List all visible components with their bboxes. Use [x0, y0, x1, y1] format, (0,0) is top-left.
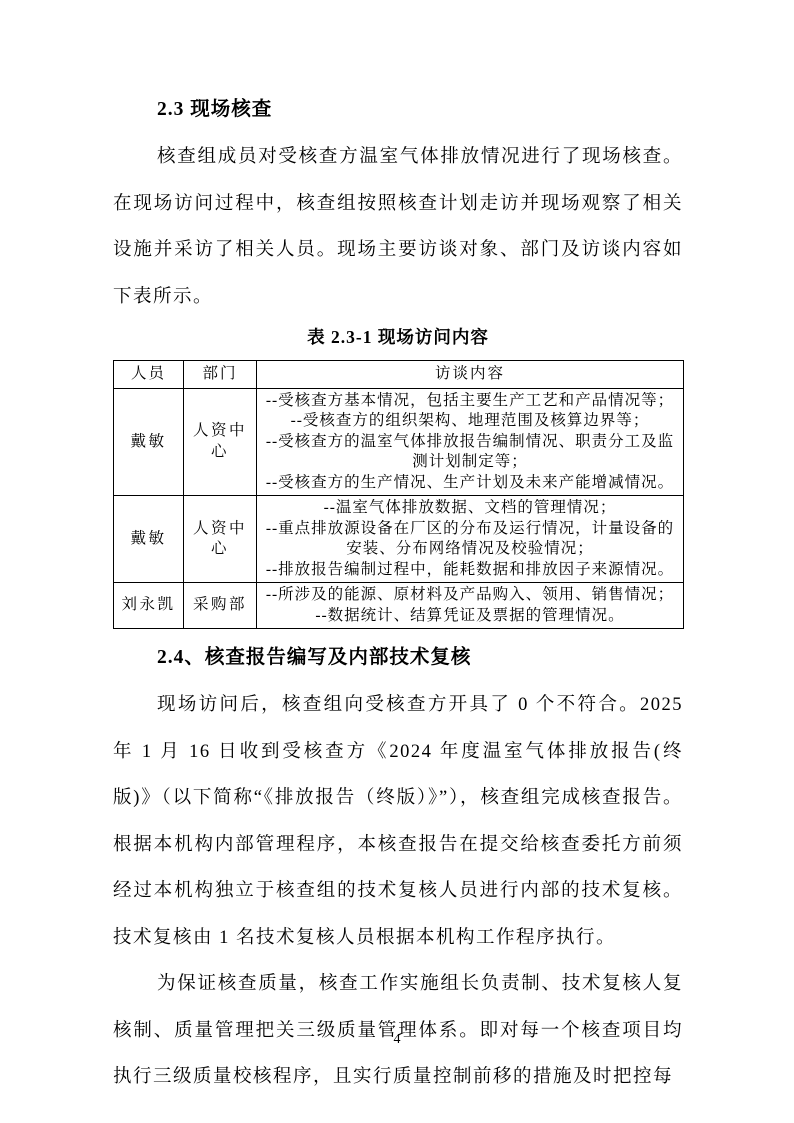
visit-table-body: 戴敏人资中心--受核查方基本情况，包括主要生产工艺和产品情况等；--受核查方的组… [114, 388, 684, 629]
header-department: 部门 [184, 361, 257, 389]
topic-line: --温室气体排放数据、文档的管理情况； [259, 498, 681, 519]
topic-line: --排放报告编制过程中，能耗数据和排放因子来源情况。 [259, 560, 681, 581]
header-person: 人员 [114, 361, 184, 389]
topic-line: --受核查方的组织架构、地理范围及核算边界等； [259, 411, 681, 432]
cell-topics: --所涉及的能源、原材料及产品购入、领用、销售情况；--数据统计、结算凭证及票据… [257, 583, 684, 629]
section-2-4-heading: 2.4、核查报告编写及内部技术复核 [113, 642, 683, 674]
visit-table-title: 表 2.3-1 现场访问内容 [113, 322, 683, 352]
cell-topics: --温室气体排放数据、文档的管理情况；--重点排放源设备在厂区的分布及运行情况，… [257, 496, 684, 583]
visit-table-header-row: 人员 部门 访谈内容 [114, 361, 684, 389]
cell-person: 戴敏 [114, 388, 184, 496]
visit-table-header: 人员 部门 访谈内容 [114, 361, 684, 389]
cell-topics: --受核查方基本情况，包括主要生产工艺和产品情况等；--受核查方的组织架构、地理… [257, 388, 684, 496]
document-page: 2.3 现场核查 核查组成员对受核查方温室气体排放情况进行了现场核查。在现场访问… [0, 0, 794, 1123]
cell-department: 人资中心 [184, 496, 257, 583]
topic-line: --数据统计、结算凭证及票据的管理情况。 [259, 606, 681, 627]
topic-line: --重点排放源设备在厂区的分布及运行情况，计量设备的安装、分布网络情况及校验情况… [259, 519, 681, 560]
table-row: 刘永凯采购部--所涉及的能源、原材料及产品购入、领用、销售情况；--数据统计、结… [114, 583, 684, 629]
topic-line: --受核查方的温室气体排放报告编制情况、职责分工及监测计划制定等； [259, 432, 681, 473]
cell-department: 人资中心 [184, 388, 257, 496]
section-2-4-paragraph-1: 现场访问后，核查组向受核查方开具了 0 个不符合。2025 年 1 月 16 日… [113, 682, 683, 961]
section-2-4-paragraph-2: 为保证核查质量，核查工作实施组长负责制、技术复核人复核制、质量管理把关三级质量管… [113, 961, 683, 1101]
cell-person: 戴敏 [114, 496, 184, 583]
page-number: 4 [0, 1032, 794, 1048]
cell-person: 刘永凯 [114, 583, 184, 629]
section-2-3-heading: 2.3 现场核查 [113, 94, 683, 126]
cell-department: 采购部 [184, 583, 257, 629]
header-content: 访谈内容 [257, 361, 684, 389]
table-row: 戴敏人资中心--温室气体排放数据、文档的管理情况；--重点排放源设备在厂区的分布… [114, 496, 684, 583]
section-2-3-paragraph: 核查组成员对受核查方温室气体排放情况进行了现场核查。在现场访问过程中，核查组按照… [113, 134, 683, 320]
topic-line: --受核查方的生产情况、生产计划及未来产能增减情况。 [259, 473, 681, 494]
visit-table: 人员 部门 访谈内容 戴敏人资中心--受核查方基本情况，包括主要生产工艺和产品情… [113, 360, 684, 629]
table-row: 戴敏人资中心--受核查方基本情况，包括主要生产工艺和产品情况等；--受核查方的组… [114, 388, 684, 496]
topic-line: --受核查方基本情况，包括主要生产工艺和产品情况等； [259, 391, 681, 412]
topic-line: --所涉及的能源、原材料及产品购入、领用、销售情况； [259, 585, 681, 606]
